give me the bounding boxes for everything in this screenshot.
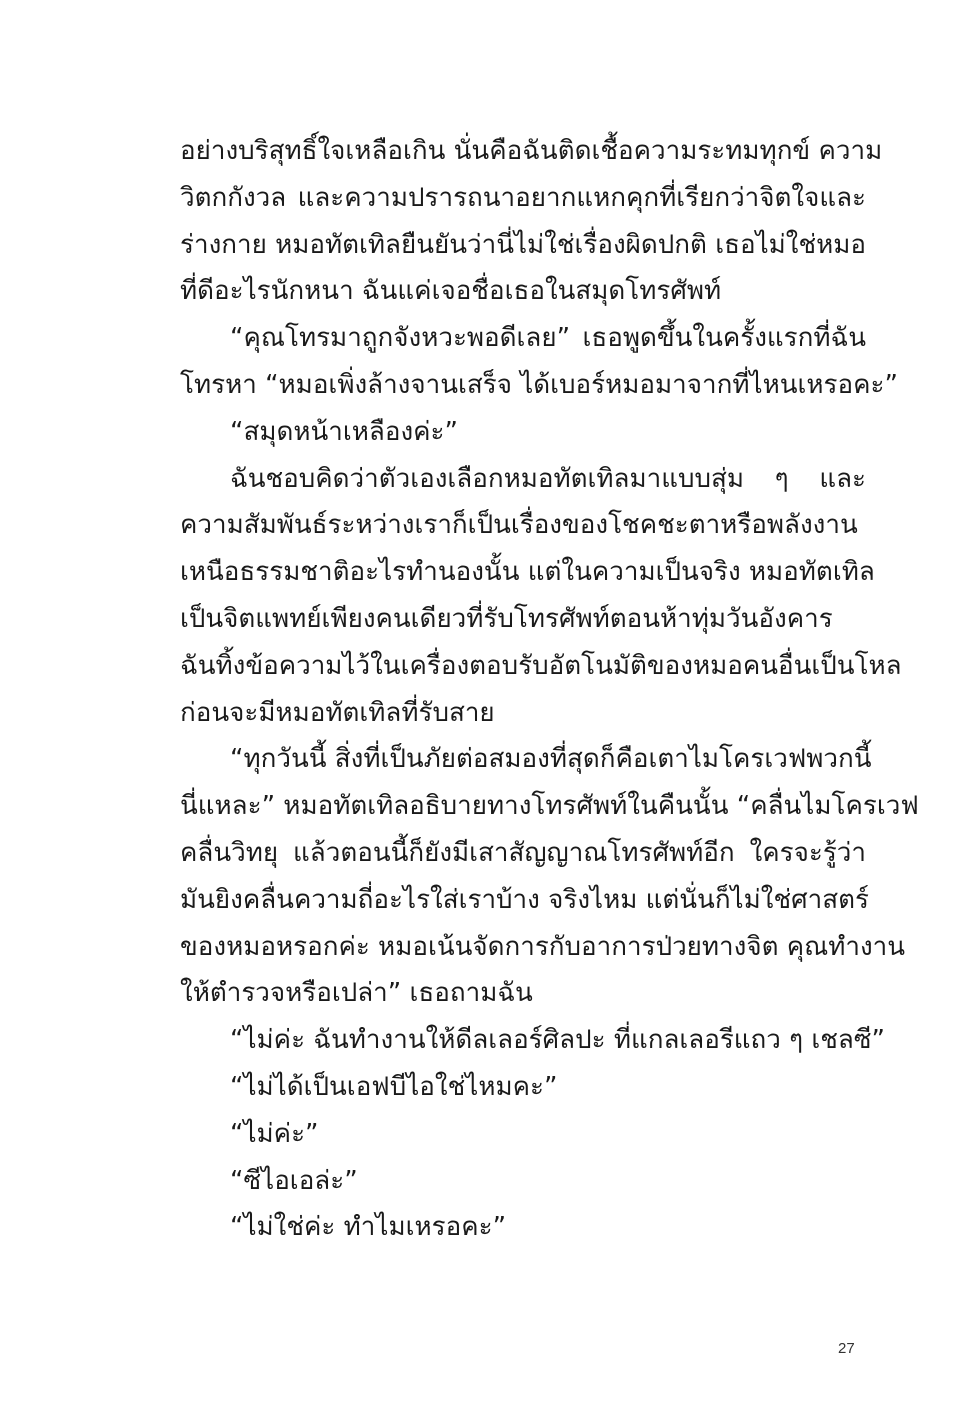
text-line: ฉันทิ้งข้อความไว้ในเครื่องตอบรับอัตโนมัต… (180, 643, 866, 690)
text-line: วิตกกังวล และความปรารถนาอยากแหกคุกที่เรี… (180, 175, 866, 222)
text-line: ที่ดีอะไรนักหนา ฉันแค่เจอชื่อเธอในสมุดโท… (180, 268, 866, 315)
text-line: ร่างกาย หมอทัตเทิลยืนยันว่านี่ไม่ใช่เรื่… (180, 222, 866, 269)
text-line: เป็นจิตแพทย์เพียงคนเดียวที่รับโทรศัพท์ตอ… (180, 596, 866, 643)
page-number: 27 (838, 1340, 855, 1357)
text-line: “ไม่ค่ะ ฉันทำงานให้ดีลเลอร์ศิลปะ ที่แกลเ… (180, 1017, 866, 1064)
text-line: “ทุกวันนี้ สิ่งที่เป็นภัยต่อสมองที่สุดก็… (180, 736, 866, 783)
text-line: มันยิงคลื่นความถี่อะไรใส่เราบ้าง จริงไหม… (180, 877, 866, 924)
text-line: ก่อนจะมีหมอทัตเทิลที่รับสาย (180, 690, 866, 737)
text-line: “ไม่ได้เป็นเอฟบีไอใช่ไหมคะ” (180, 1064, 866, 1111)
text-line: ของหมอหรอกค่ะ หมอเน้นจัดการกับอาการป่วยท… (180, 924, 866, 971)
text-line: คลื่นวิทยุ แล้วตอนนี้ก็ยังมีเสาสัญญาณโทร… (180, 830, 866, 877)
text-line: ความสัมพันธ์ระหว่างเราก็เป็นเรื่องของโชค… (180, 502, 866, 549)
text-line: เหนือธรรมชาติอะไรทำนองนั้น แต่ในความเป็น… (180, 549, 866, 596)
text-line: “ไม่ใช่ค่ะ ทำไมเหรอคะ” (180, 1204, 866, 1251)
text-line: ให้ตำรวจหรือเปล่า” เธอถามฉัน (180, 970, 866, 1017)
text-line: “คุณโทรมาถูกจังหวะพอดีเลย” เธอพูดขึ้นในค… (180, 315, 866, 362)
text-line: นี่แหละ” หมอทัตเทิลอธิบายทางโทรศัพท์ในคื… (180, 783, 866, 830)
text-line: โทรหา “หมอเพิ่งล้างจานเสร็จ ได้เบอร์หมอม… (180, 362, 866, 409)
text-line: “ซีไอเอล่ะ” (180, 1158, 866, 1205)
book-page: อย่างบริสุทธิ์ใจเหลือเกิน นั่นคือฉันติดเ… (0, 0, 967, 1407)
text-line: “สมุดหน้าเหลืองค่ะ” (180, 409, 866, 456)
body-text: อย่างบริสุทธิ์ใจเหลือเกิน นั่นคือฉันติดเ… (180, 128, 866, 1251)
text-line: “ไม่ค่ะ” (180, 1111, 866, 1158)
text-line: อย่างบริสุทธิ์ใจเหลือเกิน นั่นคือฉันติดเ… (180, 128, 866, 175)
text-line: ฉันชอบคิดว่าตัวเองเลือกหมอทัตเทิลมาแบบสุ… (180, 456, 866, 503)
